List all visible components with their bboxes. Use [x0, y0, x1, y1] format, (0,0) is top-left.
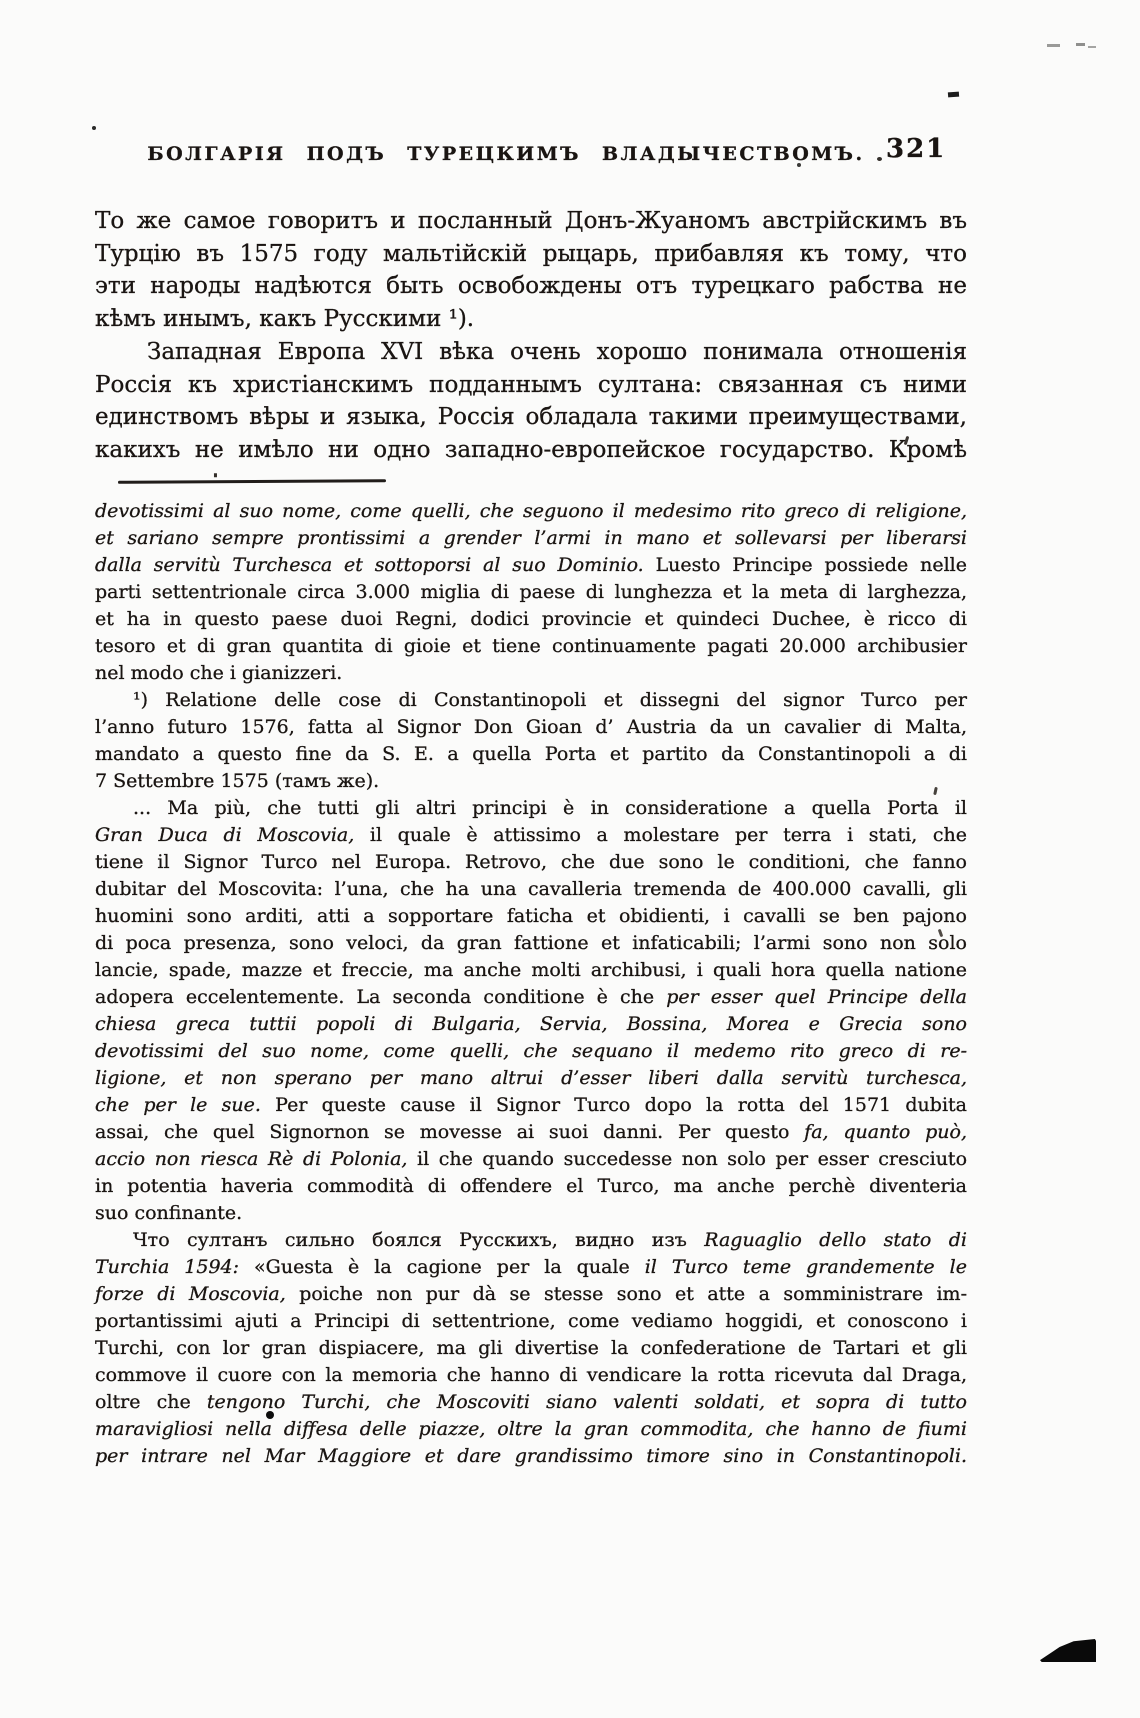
- text-segment: эти народы надѣются быть освобождены отъ…: [95, 273, 967, 299]
- text-line: in potentia haveria commodità di offende…: [95, 1173, 967, 1200]
- scan-artifact-dash: [1047, 44, 1060, 47]
- text-segment: il che quando succedesse non solo per es…: [407, 1148, 967, 1170]
- text-line: dalla servitù Turchesca et sottoporsi al…: [95, 552, 967, 579]
- scan-artifact-dash: [1088, 46, 1096, 48]
- text-segment: oltre che: [95, 1391, 207, 1413]
- text-line: adopera eccelentemente. La seconda condi…: [95, 984, 967, 1011]
- text-segment: Per queste cause il Signor Turco dopo la…: [261, 1094, 967, 1116]
- text-line: commove il cuore con la memoria che hann…: [95, 1362, 967, 1389]
- text-segment: et ha in questo paese duoi Regni, dodici…: [95, 608, 967, 630]
- text-line: devotissimi al suo nome, come quelli, ch…: [95, 498, 967, 525]
- text-line: nel modo che i gianizzeri.: [95, 660, 967, 687]
- text-line: maravigliosi nella diffesa delle piazze,…: [95, 1416, 967, 1443]
- text-segment: suo confinante.: [95, 1202, 242, 1224]
- text-segment: poiche non pur dà se stesse sono et atte…: [286, 1283, 967, 1305]
- text-line: эти народы надѣются быть освобождены отъ…: [95, 270, 967, 303]
- page-number: 321: [886, 134, 946, 164]
- text-line: chiesa greca tuttii popoli di Bulgaria, …: [95, 1011, 967, 1038]
- text-segment: Turchi, con lor gran dispiacere, ma gli …: [95, 1337, 967, 1359]
- text-line: ... Ma più, che tutti gli altri principi…: [95, 795, 967, 822]
- book-page: БОЛГАРІЯ ПОДЪ ТУРЕЦКИМЪ ВЛАДЫЧЕСТВОМЪ. 3…: [0, 0, 1140, 1718]
- italic-text-segment: dalla servitù Turchesca et sottoporsi al…: [95, 554, 644, 576]
- italic-text-segment: Turchia 1594:: [95, 1256, 239, 1278]
- italic-text-segment: Gran Duca di Moscovia,: [95, 824, 354, 846]
- text-segment: 7 Settembre 1575 (тамъ же).: [95, 770, 379, 792]
- text-line: ¹) Relatione delle cose di Constantinopo…: [95, 687, 967, 714]
- text-segment: ... Ma più, che tutti gli altri principi…: [133, 797, 967, 819]
- scan-artifact-speck: [797, 163, 801, 167]
- italic-text-segment: per intrare nel Mar Maggiore et dare gra…: [95, 1445, 967, 1467]
- text-line: 7 Settembre 1575 (тамъ же).: [95, 768, 967, 795]
- text-line: Turchi, con lor gran dispiacere, ma gli …: [95, 1335, 967, 1362]
- text-line: accio non riesca Rè di Polonia, il che q…: [95, 1146, 967, 1173]
- scan-artifact-ink-dot: [266, 1411, 274, 1419]
- italic-text-segment: che per le sue.: [95, 1094, 261, 1116]
- text-segment: commove il cuore con la memoria che hann…: [95, 1364, 967, 1386]
- italic-text-segment: maravigliosi nella diffesa delle piazze,…: [95, 1418, 967, 1440]
- text-line: Россія къ христіанскимъ подданнымъ султа…: [95, 369, 967, 402]
- text-line: che per le sue. Per queste cause il Sign…: [95, 1092, 967, 1119]
- italic-text-segment: devotissimi del suo nome, come quelli, c…: [95, 1040, 967, 1062]
- text-line: tiene il Signor Turco nel Europa. Retrov…: [95, 849, 967, 876]
- text-segment: tesoro et di gran quantita di gioie et t…: [95, 635, 967, 657]
- text-segment: nel modo che i gianizzeri.: [95, 662, 342, 684]
- text-segment: Что султанъ сильно боялся Русскихъ, видн…: [133, 1229, 704, 1251]
- text-line: Gran Duca di Moscovia, il quale è attiss…: [95, 822, 967, 849]
- text-segment: кѣмъ инымъ, какъ Русскими ¹).: [95, 306, 474, 332]
- text-line: di poca presenza, sono veloci, da gran f…: [95, 930, 967, 957]
- text-line: какихъ не имѣло ни одно западно-европейс…: [95, 434, 967, 467]
- text-segment: l’anno futuro 1576, fatta al Signor Don …: [95, 716, 967, 738]
- text-line: et sariano sempre prontissimi a grender …: [95, 525, 967, 552]
- text-segment: Россія къ христіанскимъ подданнымъ султа…: [95, 372, 967, 398]
- footnote-separator-rule: [118, 479, 386, 483]
- text-segment: Luesto Principe possiede nelle: [644, 554, 967, 576]
- main-text: То же самое говоритъ и посланный Донъ-Жу…: [95, 205, 967, 467]
- text-segment: di poca presenza, sono veloci, da gran f…: [95, 932, 967, 954]
- scan-artifact-speck: [92, 126, 96, 130]
- text-line: dubitar del Moscovita: l’una, che ha una…: [95, 876, 967, 903]
- text-line: единствомъ вѣры и языка, Россія обладала…: [95, 401, 967, 434]
- text-line: devotissimi del suo nome, come quelli, c…: [95, 1038, 967, 1065]
- text-segment: mandato a questo fine da S. E. a quella …: [95, 743, 967, 765]
- text-segment: assai, che quel Signornon se movesse ai …: [95, 1121, 804, 1143]
- text-line: per intrare nel Mar Maggiore et dare gra…: [95, 1443, 967, 1470]
- italic-text-segment: fa, quanto può,: [804, 1121, 967, 1143]
- italic-text-segment: Raguaglio dello stato di: [704, 1229, 967, 1251]
- scan-artifact-corner-blob: [1040, 1639, 1096, 1662]
- text-line: assai, che quel Signornon se movesse ai …: [95, 1119, 967, 1146]
- text-segment: Западная Европа XVI вѣка очень хорошо по…: [147, 339, 967, 365]
- text-segment: То же самое говоритъ и посланный Донъ-Жу…: [95, 208, 967, 234]
- scan-artifact-dot: [877, 157, 882, 161]
- text-line: Западная Европа XVI вѣка очень хорошо по…: [95, 336, 967, 369]
- text-line: tesoro et di gran quantita di gioie et t…: [95, 633, 967, 660]
- text-segment: dubitar del Moscovita: l’una, che ha una…: [95, 878, 967, 900]
- text-line: oltre che tengono Turchi, che Moscoviti …: [95, 1389, 967, 1416]
- text-segment: in potentia haveria commodità di offende…: [95, 1175, 967, 1197]
- italic-text-segment: forze di Moscovia,: [95, 1283, 286, 1305]
- text-line: portantissimi ajuti a Principi di setten…: [95, 1308, 967, 1335]
- text-line: Turchia 1594: «Guesta è la cagione per l…: [95, 1254, 967, 1281]
- italic-text-segment: devotissimi al suo nome, come quelli, ch…: [95, 500, 967, 522]
- text-segment: huomini sono arditi, atti a sopportare f…: [95, 905, 967, 927]
- text-line: То же самое говоритъ и посланный Донъ-Жу…: [95, 205, 967, 238]
- text-segment: единствомъ вѣры и языка, Россія обладала…: [95, 404, 967, 430]
- text-line: huomini sono arditi, atti a sopportare f…: [95, 903, 967, 930]
- italic-text-segment: tengono Turchi, che Moscoviti siano vale…: [207, 1391, 967, 1413]
- italic-text-segment: il Turco teme grandemente le: [645, 1256, 967, 1278]
- text-line: forze di Moscovia, poiche non pur dà se …: [95, 1281, 967, 1308]
- text-line: Что султанъ сильно боялся Русскихъ, видн…: [95, 1227, 967, 1254]
- text-segment: Турцію въ 1575 году мальтійскій рыцарь, …: [95, 241, 967, 267]
- footnote-text: devotissimi al suo nome, come quelli, ch…: [95, 498, 967, 1470]
- text-segment: portantissimi ajuti a Principi di setten…: [95, 1310, 967, 1332]
- text-segment: lancie, spade, mazze et freccie, ma anch…: [95, 959, 967, 981]
- text-segment: «Guesta è la cagione per la quale: [239, 1256, 645, 1278]
- text-segment: какихъ не имѣло ни одно западно-европейс…: [95, 437, 967, 463]
- text-line: Турцію въ 1575 году мальтійскій рыцарь, …: [95, 238, 967, 271]
- scan-artifact-dash: [1076, 43, 1085, 46]
- text-line: lancie, spade, mazze et freccie, ma anch…: [95, 957, 967, 984]
- italic-text-segment: ligione, et non sperano per mano altrui …: [95, 1067, 967, 1089]
- text-segment: tiene il Signor Turco nel Europa. Retrov…: [95, 851, 967, 873]
- text-line: et ha in questo paese duoi Regni, dodici…: [95, 606, 967, 633]
- text-segment: adopera eccelentemente. La seconda condi…: [95, 986, 666, 1008]
- text-line: кѣмъ инымъ, какъ Русскими ¹).: [95, 303, 967, 336]
- italic-text-segment: accio non riesca Rè di Polonia,: [95, 1148, 407, 1170]
- text-line: suo confinante.: [95, 1200, 967, 1227]
- italic-text-segment: per esser quel Principe della: [666, 986, 967, 1008]
- text-line: l’anno futuro 1576, fatta al Signor Don …: [95, 714, 967, 741]
- text-segment: ¹) Relatione delle cose di Constantinopo…: [133, 689, 967, 711]
- text-segment: parti settentrionale circa 3.000 miglia …: [95, 581, 967, 603]
- text-segment: il quale è attissimo a molestare per ter…: [354, 824, 967, 846]
- running-title: БОЛГАРІЯ ПОДЪ ТУРЕЦКИМЪ ВЛАДЫЧЕСТВОМЪ.: [95, 143, 917, 165]
- italic-text-segment: chiesa greca tuttii popoli di Bulgaria, …: [95, 1013, 967, 1035]
- italic-text-segment: et sariano sempre prontissimi a grender …: [95, 527, 967, 549]
- scan-artifact-dash: [948, 92, 959, 98]
- text-line: mandato a questo fine da S. E. a quella …: [95, 741, 967, 768]
- text-line: parti settentrionale circa 3.000 miglia …: [95, 579, 967, 606]
- text-line: ligione, et non sperano per mano altrui …: [95, 1065, 967, 1092]
